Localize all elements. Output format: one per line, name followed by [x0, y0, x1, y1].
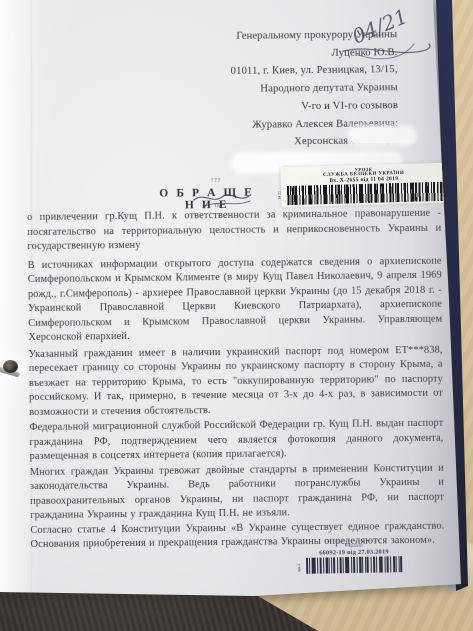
paragraph: Многих граждан Украины тревожат двойные …: [30, 461, 445, 523]
addressee-line: Генеральному прокурору Украины: [230, 26, 397, 45]
sbu-barcode: [287, 182, 445, 205]
paragraph: Указанный гражданин имеет в наличии укра…: [28, 343, 443, 420]
addressee-line: V-го и VI-го созывов: [231, 97, 398, 116]
gp-side-label: арк 4: [297, 564, 301, 572]
sbu-registration-stamp: УРОЗК СЛУЖБА БЕЗПЕКИ УКРАЇНИ Вх. Х-2655 …: [280, 163, 447, 208]
document-page: Генеральному прокурору Украины Луценко Ю…: [0, 0, 473, 631]
addressee-line: Народного депутата Украины: [231, 79, 398, 98]
prosecutor-office-stamp: Генеральна прокуратура України 66092-19 …: [287, 537, 422, 574]
sbu-side-number: 14 22: [277, 191, 281, 200]
redaction-city: [350, 128, 414, 143]
body-text: о привлечении гр.Кущ П.Н. к ответственно…: [27, 207, 445, 557]
addressee-line: 01011, г. Киев, ул. Резницкая, 13/15,: [231, 62, 398, 81]
title-annotation: Т.В.: [214, 203, 221, 208]
gp-barcode: [306, 556, 402, 574]
ref-number: 777: [211, 179, 222, 184]
paragraph: Федеральной миграционной службой Российс…: [29, 417, 443, 465]
addressee-line: Луценко Ю.В.: [230, 44, 397, 63]
paragraph: В источниках информации открытого доступ…: [28, 254, 443, 345]
paragraph: о привлечении гр.Кущ П.Н. к ответственно…: [27, 207, 441, 255]
paper-wrap: Генеральному прокурору Украины Луценко Ю…: [0, 0, 473, 631]
photo-of-document: Генеральному прокурору Украины Луценко Ю…: [0, 0, 473, 631]
punch-hole: [3, 360, 18, 373]
